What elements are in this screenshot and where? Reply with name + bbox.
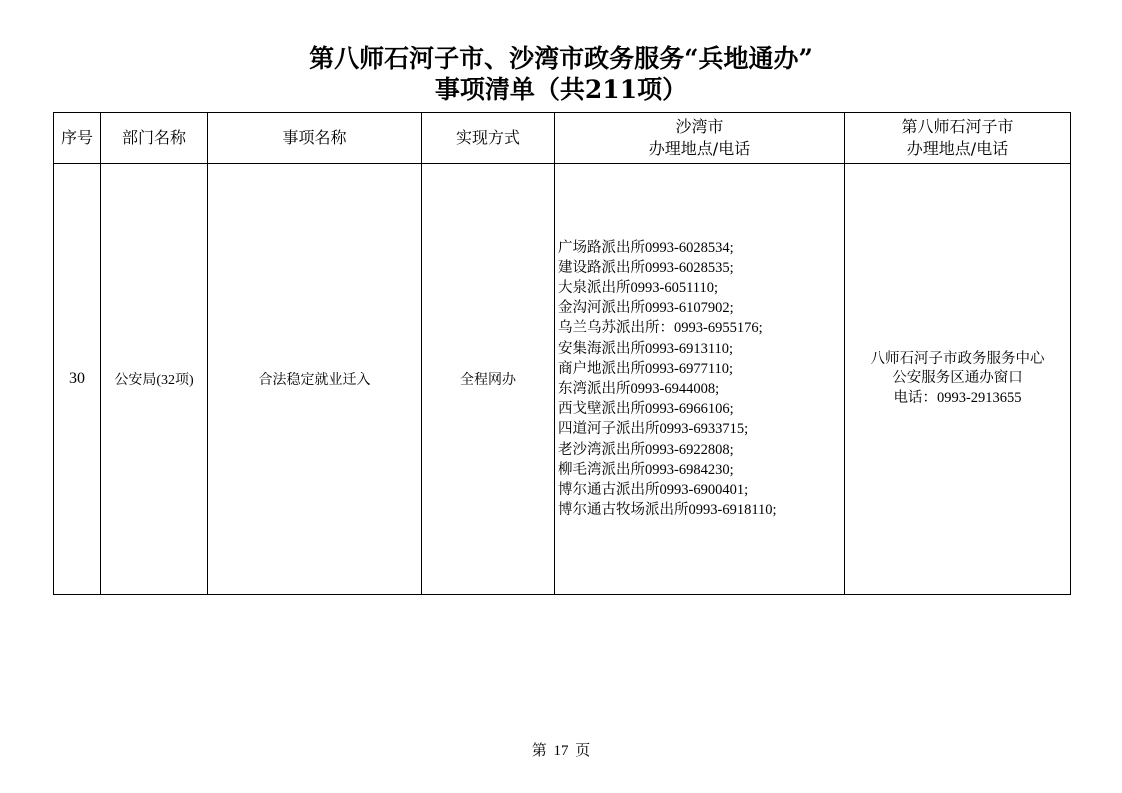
cell-item-name: 合法稳定就业迁入 <box>208 164 422 595</box>
header-shihezi: 第八师石河子市 办理地点/电话 <box>845 113 1071 164</box>
items-table: 序号 部门名称 事项名称 实现方式 沙湾市 办理地点/电话 第八师石河子市 办理… <box>53 112 1071 595</box>
shihezi-location-line: 电话：0993-2913655 <box>845 389 1070 409</box>
header-seq: 序号 <box>54 113 101 164</box>
header-shawan: 沙湾市 办理地点/电话 <box>555 113 845 164</box>
shihezi-location-line: 公安服务区通办窗口 <box>845 369 1070 389</box>
cell-shawan-locations: 广场路派出所0993-6028534; 建设路派出所0993-6028535; … <box>555 164 845 595</box>
header-shawan-line2: 办理地点/电话 <box>555 138 844 160</box>
shawan-location-item: 东湾派出所0993-6944008; <box>558 379 844 399</box>
shawan-location-item: 老沙湾派出所0993-6922808; <box>558 440 844 460</box>
shawan-location-item: 大泉派出所0993-6051110; <box>558 278 844 298</box>
shawan-location-item: 柳毛湾派出所0993-6984230; <box>558 460 844 480</box>
document-title-line2: 事项清单（共211项） <box>0 75 1122 105</box>
shawan-location-item: 广场路派出所0993-6028534; <box>558 238 844 258</box>
shawan-location-item: 建设路派出所0993-6028535; <box>558 258 844 278</box>
table-row: 30 公安局(32项) 合法稳定就业迁入 全程网办 广场路派出所0993-602… <box>54 164 1071 595</box>
header-shihezi-line2: 办理地点/电话 <box>845 138 1070 160</box>
shawan-location-item: 商户地派出所0993-6977110; <box>558 359 844 379</box>
shawan-location-item: 西戈壁派出所0993-6966106; <box>558 399 844 419</box>
cell-department: 公安局(32项) <box>101 164 208 595</box>
cell-seq: 30 <box>54 164 101 595</box>
shawan-location-item: 安集海派出所0993-6913110; <box>558 339 844 359</box>
header-department: 部门名称 <box>101 113 208 164</box>
shawan-location-item: 金沟河派出所0993-6107902; <box>558 298 844 318</box>
table-header-row: 序号 部门名称 事项名称 实现方式 沙湾市 办理地点/电话 第八师石河子市 办理… <box>54 113 1071 164</box>
shawan-location-item: 四道河子派出所0993-6933715; <box>558 419 844 439</box>
page-number: 第 17 页 <box>0 739 1122 760</box>
header-method: 实现方式 <box>422 113 555 164</box>
header-shihezi-line1: 第八师石河子市 <box>845 116 1070 138</box>
shihezi-location-line: 八师石河子市政务服务中心 <box>845 350 1070 370</box>
document-title-line1: 第八师石河子市、沙湾市政务服务“兵地通办” <box>0 44 1122 74</box>
header-item-name: 事项名称 <box>208 113 422 164</box>
shawan-location-item: 博尔通古牧场派出所0993-6918110; <box>558 500 844 520</box>
shawan-location-item: 乌兰乌苏派出所：0993-6955176; <box>558 318 844 338</box>
cell-shihezi-location: 八师石河子市政务服务中心 公安服务区通办窗口 电话：0993-2913655 <box>845 164 1071 595</box>
header-shawan-line1: 沙湾市 <box>555 116 844 138</box>
cell-method: 全程网办 <box>422 164 555 595</box>
shawan-location-item: 博尔通古派出所0993-6900401; <box>558 480 844 500</box>
